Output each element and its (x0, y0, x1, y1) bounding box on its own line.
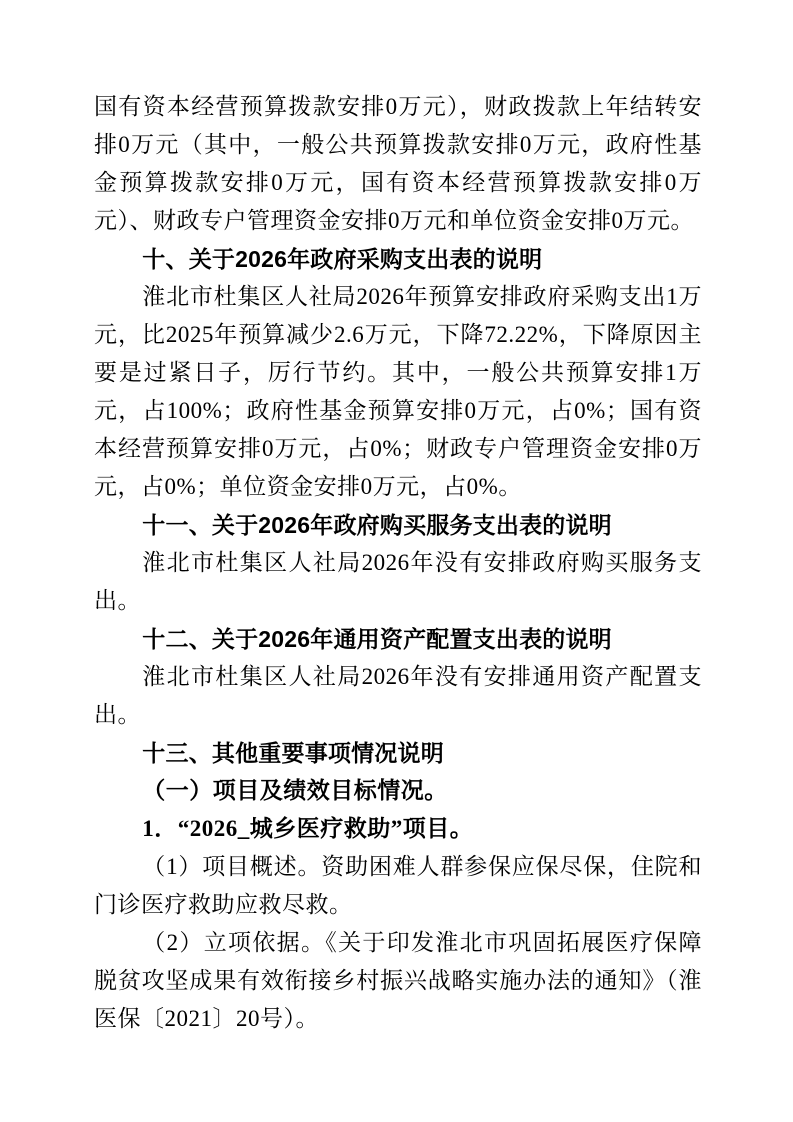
heading-section-13-other-matters: 十三、其他重要事项情况说明 (94, 734, 702, 772)
paragraph-funding-carryover: 国有资本经营预算拨款安排0万元），财政拨款上年结转安排0万元（其中，一般公共预算… (94, 88, 702, 240)
subheading-project-1-medical-assistance: 1．“2026_城乡医疗救助”项目。 (94, 810, 702, 848)
document-body: 国有资本经营预算拨款安排0万元），财政拨款上年结转安排0万元（其中，一般公共预算… (94, 88, 702, 1038)
heading-section-11-purchased-services: 十一、关于2026年政府购买服务支出表的说明 (94, 506, 702, 544)
paragraph-procurement-detail: 淮北市杜集区人社局2026年预算安排政府采购支出1万元，比2025年预算减少2.… (94, 278, 702, 506)
subheading-project-performance: （一）项目及绩效目标情况。 (94, 772, 702, 810)
paragraph-project-overview: （1）项目概述。资助困难人群参保应保尽保，住院和门诊医疗救助应救尽救。 (94, 848, 702, 924)
paragraph-asset-allocation: 淮北市杜集区人社局2026年没有安排通用资产配置支出。 (94, 658, 702, 734)
document-page: 国有资本经营预算拨款安排0万元），财政拨款上年结转安排0万元（其中，一般公共预算… (0, 0, 793, 1122)
heading-section-12-asset-allocation: 十二、关于2026年通用资产配置支出表的说明 (94, 620, 702, 658)
paragraph-project-basis: （2）立项依据。《关于印发淮北市巩固拓展医疗保障脱贫攻坚成果有效衔接乡村振兴战略… (94, 924, 702, 1038)
heading-section-10-government-procurement: 十、关于2026年政府采购支出表的说明 (94, 240, 702, 278)
paragraph-purchased-services: 淮北市杜集区人社局2026年没有安排政府购买服务支出。 (94, 544, 702, 620)
